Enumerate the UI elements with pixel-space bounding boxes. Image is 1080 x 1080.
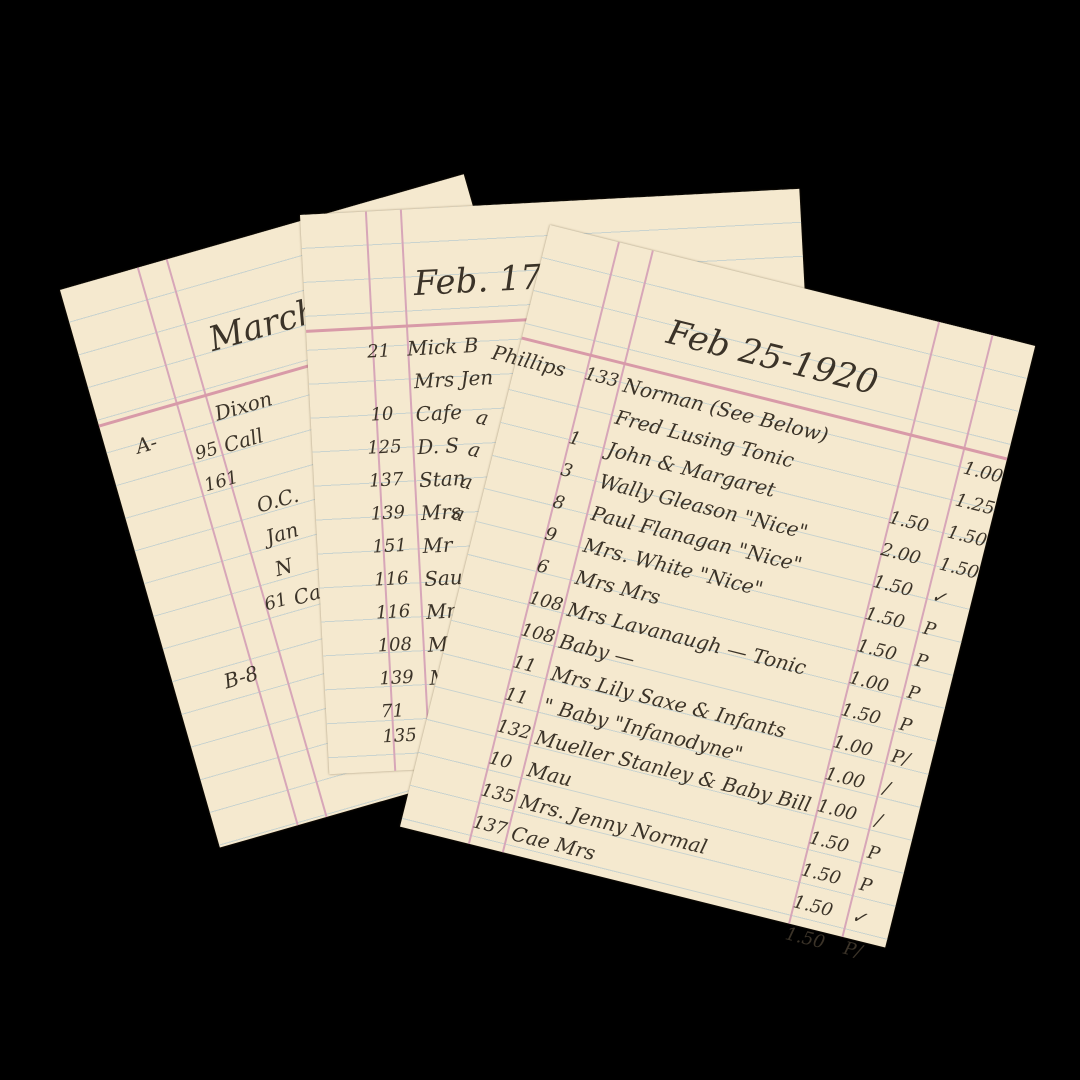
row-status: P [857,874,874,897]
row-status: P [913,650,930,673]
row-status: P/ [841,938,864,963]
row-num: 108 [519,619,557,648]
row-num: 139 [370,502,405,525]
row-num: 8 [551,491,567,514]
row-status: P [921,618,938,641]
sheet-heading: Feb. 17 [413,257,543,304]
row-amount: 1.50 [863,603,907,633]
row-num: 125 [367,436,402,459]
row-status: P [897,714,914,737]
row-num: 71 [381,700,405,722]
row-text: Mick B [407,333,479,361]
row-num: 116 [374,568,409,591]
row-num: 151 [372,535,407,558]
row-status: P/ [889,746,912,771]
row-num: 108 [377,634,412,657]
row-status: / [881,778,892,800]
row-amount: 1.50 [799,859,843,889]
row-num: 9 [543,523,559,546]
row-text: Cafe [415,400,463,426]
row-num: 108 [527,587,565,616]
row-num: 132 [495,715,533,744]
row-amount: 2.00 [879,539,923,569]
row-mark: B-8 [221,661,261,694]
row-num: 11 [511,651,538,677]
row-num: 133 [583,363,621,392]
row-amount: 1.50 [839,699,883,729]
row-num: 95 [193,438,221,465]
row-num: 135 [479,779,517,808]
row-num: 10 [370,403,394,425]
row-num: 21 [367,340,391,362]
row-status: 1.25 [953,490,997,520]
row-num: 139 [379,667,414,690]
row-mark: A- [133,430,160,459]
row-amount: 1.50 [887,507,931,537]
row-text: Mr [422,532,453,558]
row-num: 135 [382,725,417,748]
row-amount: 1.50 [783,923,827,953]
row-num: 1 [567,427,583,450]
row-num: 61 [262,589,290,616]
row-amount: 1.00 [847,667,891,697]
row-amount: 1.50 [807,827,851,857]
row-status: P [865,842,882,865]
row-status: ✓ [929,586,949,610]
row-amount: 1.50 [871,571,915,601]
row-num: 11 [503,683,530,709]
row-num: 10 [487,747,514,773]
row-text: Call [221,423,266,457]
row-text: D. S [417,433,460,459]
row-status: ✓ [849,906,869,930]
row-amount: 1.50 [791,891,835,921]
row-text: Mrs Jen [413,365,494,393]
row-text: Mau [525,757,575,791]
row-status: P [905,682,922,705]
row-text: N [272,553,295,581]
row-status: 1.00 [961,458,1005,488]
row-amount: 1.00 [823,763,867,793]
row-status: 1.50 [945,522,989,552]
row-num: 137 [368,469,403,492]
row-text: Sau [424,565,464,591]
row-amount: 1.00 [815,795,859,825]
row-num: 137 [471,811,509,840]
row-text: O.C. [254,483,301,518]
row-status: 1.50 [937,554,981,584]
row-status: / [873,810,884,832]
row-amount: 1.00 [831,731,875,761]
row-num: 161 [202,467,241,497]
row-num: 6 [535,555,551,578]
row-num: 3 [559,459,575,482]
row-num: 116 [375,601,410,624]
row-text: Jan [263,517,301,549]
row-amount: 1.50 [855,635,899,665]
